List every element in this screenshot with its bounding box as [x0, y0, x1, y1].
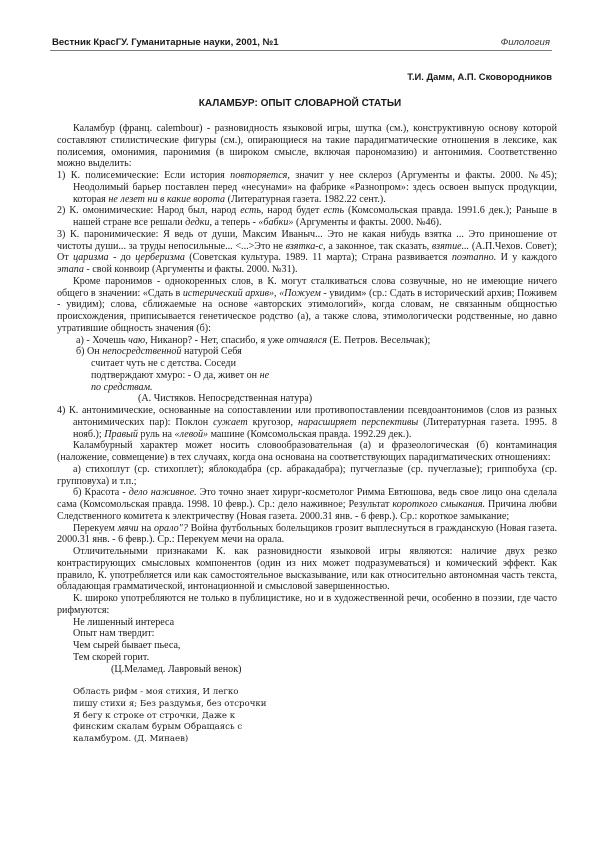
article-title: КАЛАМБУР: ОПЫТ СЛОВАРНОЙ СТАТЬИ: [0, 98, 600, 109]
poem-minaev: Область рифм - моя стихия, И легко пишу …: [57, 687, 557, 746]
article-authors: Т.И. Дамм, А.П. Сковородников: [407, 71, 552, 82]
swords-paragraph: Перекуем мячи на орало"? Война футбольны…: [57, 523, 557, 547]
features-paragraph: Отличительными признаками К. как разнови…: [57, 546, 557, 593]
poem-source: (Ц.Меламед. Лавровый венок): [73, 664, 557, 676]
intro-paragraph: Каламбур (франц. calembour) - разновидно…: [57, 123, 557, 170]
list-item-antonymic: 4) К. антонимические, основанные на сопо…: [57, 405, 557, 440]
section-name: Филология: [501, 37, 550, 48]
paronyms-paragraph: Кроме паронимов - однокоренных слов, в К…: [57, 276, 557, 335]
poem-melamed: Не лишенный интереса Опыт нам твердит: Ч…: [57, 617, 557, 676]
spacer: [57, 675, 557, 687]
usage-paragraph: К. широко употребляются не только в публ…: [57, 593, 557, 617]
list-item-polysemic: 1) К. полисемические: Если история повто…: [57, 170, 557, 205]
journal-title: Вестник КрасГУ. Гуманитарные науки, 2001…: [52, 37, 279, 48]
example-b-verse: б) Он непосредственной натурой Себя счит…: [57, 346, 557, 405]
contamination-example-b: б) Красота - дело наживное. Это точно зн…: [57, 487, 557, 522]
list-item-paronymic: 3) К. паронимические: Я ведь от души, Ма…: [57, 229, 557, 276]
contamination-example-a: а) стихоплут (ср. стихоплет); яблокодабр…: [57, 464, 557, 488]
running-header: Вестник КрасГУ. Гуманитарные науки, 2001…: [50, 36, 552, 51]
document-page: Вестник КрасГУ. Гуманитарные науки, 2001…: [0, 0, 600, 849]
list-item-homonymic: 2) К. омонимические: Народ был, народ ес…: [57, 205, 557, 229]
example-a: а) - Хочешь чаю, Никанор? - Нет, спасибо…: [57, 335, 557, 347]
verse-source: (А. Чистяков. Непосредственная натура): [76, 393, 557, 405]
article-body: Каламбур (франц. calembour) - разновидно…: [57, 123, 557, 746]
contamination-paragraph: Каламбурный характер может носить словоо…: [57, 440, 557, 464]
